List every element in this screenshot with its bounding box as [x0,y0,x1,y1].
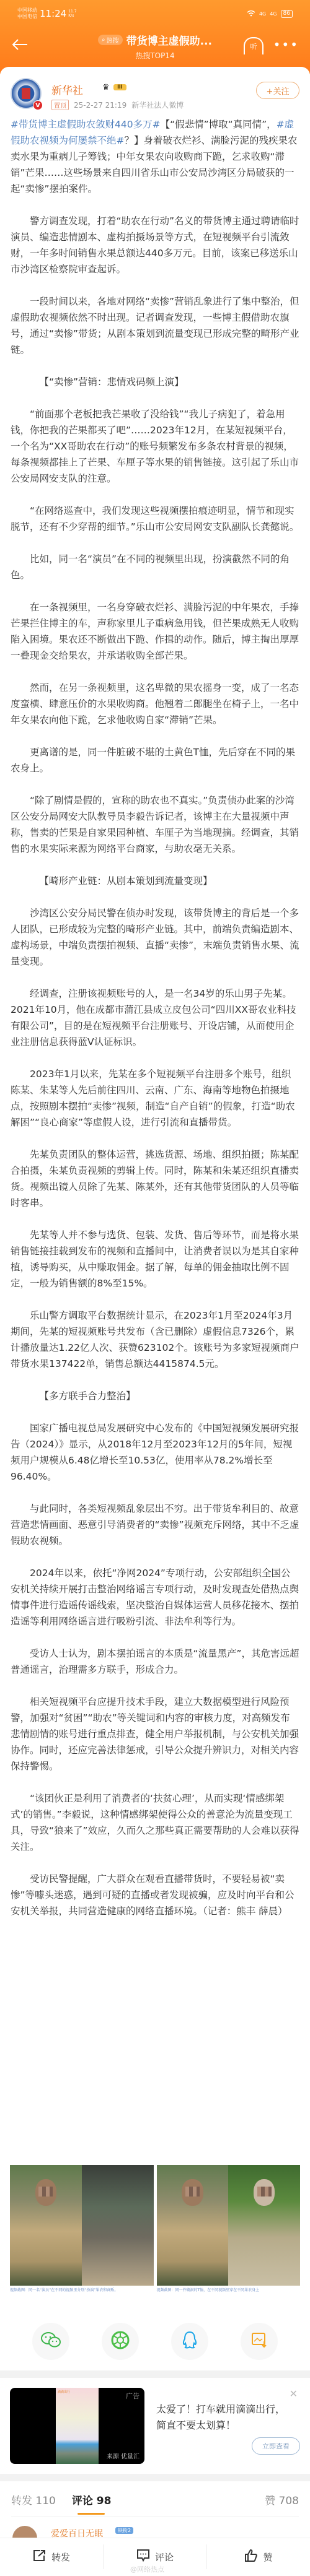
post-images: 视频截图：同一名“演员”在不同的视频里分别“扮演”果农和商贩。 视频截图：同一件… [10,2165,300,2307]
signal-icon-2: 4G [270,11,277,17]
paragraph: 比如，同一名“演员”在不同的视频里出现，扮演截然不同的角色。 [11,551,299,583]
paragraph: 受访人士认为，剧本摆拍谣言的本质是“流量黑产”，其危害远超普通谣言，治理需多方联… [11,1646,299,1678]
ad-headline[interactable]: 太爱了！打车就用滴滴出行，简直不要太划算！ [156,2401,293,2434]
paragraph: 在一条视频里，一名身穿破衣烂衫、满脸污泥的中年果农，手捧芒果拦住博主的车，声称家… [11,599,299,664]
comment-label: 评论 [155,2551,174,2564]
photo-farmer [10,2165,82,2286]
author-name[interactable]: 新华社 [51,82,83,97]
page-title: 带货博主虚假助... [126,32,212,48]
search-icon: ⌕ [102,37,105,43]
paragraph: 沙湾区公安分局民警在侦办时发现，该带货博主的背后是一个多人团队，已形成较为完整的… [11,905,299,969]
image-1[interactable]: 视频截图：同一名“演员”在不同的视频里分别“扮演”果农和商贩。 [10,2165,154,2307]
paragraph: “除了剧情是假的，宣称的助农也不真实。”负责侦办此案的沙湾区公安分局网安大队教导… [11,792,299,857]
repost-label: 转发 [51,2551,70,2564]
paragraph: 先某负责团队的整体运营，挑选货源、场地、组织拍摄；陈某配合拍摄，朱某负责视频的剪… [11,1147,299,1211]
verified-badge-icon: V [33,100,43,110]
tab-count: 98 [97,2495,112,2507]
share-qq-button[interactable] [171,2323,208,2360]
qq-penguin-icon [182,2331,198,2352]
hashtag-link[interactable]: #带货博主虚假助农敛财440多万# [11,119,161,130]
paragraph: 一段时间以来，各地对网络“卖惨”营销乱象进行了集中整治，但虚假助农视频依然不时出… [11,293,299,358]
net-speed-value: 11.7 [68,9,76,14]
ad-card[interactable]: 滴滴出行 广告 来源 优量汇 太爱了！打车就用滴滴出行，简直不要太划算！ ✕ 立… [10,2388,300,2465]
photo-farmer [157,2165,229,2286]
intro-paragraph: #带货博主虚假助农敛财440多万#【“假悲情”博取“真同情”，#虚假助农视频为何… [11,116,299,197]
paragraph: “前面那个老板把我芒果收了没给钱”“我儿子病犯了，着急用钱，你把我的芒果都买了吧… [11,406,299,487]
hot-search-pill[interactable]: ⌕ 热搜 [98,35,123,45]
paragraph: 与此同时，各类短视频乱象层出不穷。出于带货牟利目的、故意营造悲情画面、恶意引导消… [11,1501,299,1549]
tab-label: 转发 [11,2495,32,2507]
ad-label: 广告 [126,2391,139,2401]
hot-search-label: 热搜 [107,35,119,45]
paragraph: 警方调查发现，打着“助农在行动”名义的带货博主通过聘请临时演员、编造悲情剧本、虚… [11,213,299,277]
like-button[interactable]: 赞 [207,2544,310,2569]
repost-icon [33,2549,46,2564]
back-arrow-icon[interactable] [11,38,30,53]
section-heading: 【畸形产业链：从剧本策划到流量变现】 [11,873,299,889]
avatar-logo [22,88,30,99]
comment-icon [136,2549,150,2565]
paragraph: 然而，在另一条视频里，这名卑微的果农摇身一变，成了一名态度蛮横、肆意压价的水果收… [11,680,299,728]
paragraph: 2024年以来，依托“净网2024”专项行动，公安部组织全国公安机关持续开展打击… [11,1565,299,1629]
listen-headphone-icon[interactable]: 听 [244,37,263,54]
paragraph: 乐山警方调取平台数据统计显示，在2023年1月至2024年3月期间，先某的短视频… [11,1308,299,1372]
paragraph: 2023年1月以来，先某在多个短视频平台注册多个账号，组织陈某、朱某等人先后前往… [11,1066,299,1130]
tab-label: 评论 [72,2495,93,2507]
nav-bar: ⌕ 热搜 带货博主虚假助... 热搜TOP14 听 ••• [0,30,310,64]
status-bar: 中国移动 中国电信 11:24 11.7 K/s 4G 4G 86 [17,6,293,21]
paragraph: 先某等人并不参与选货、包装、发货、售后等环节，而是将水果销售链接挂载到发布的视频… [11,1227,299,1291]
engagement-tabs: 转发 110 评论 98 赞 708 [11,2483,299,2517]
ad-media[interactable]: 滴滴出行 广告 来源 优量汇 [10,2388,144,2464]
save-image-button[interactable] [241,2323,278,2360]
page-subtitle: 热搜TOP14 [81,50,229,61]
post-content: #带货博主虚假助农敛财440多万#【“假悲情”博取“真同情”，#虚假助农视频为何… [11,116,299,1935]
battery-icon: 86 [281,10,293,18]
share-row [32,2323,278,2360]
tab-reposts[interactable]: 转发 110 [11,2492,56,2507]
net-speed-unit: K/s [68,14,76,18]
more-options-icon[interactable]: ••• [273,37,299,52]
close-icon[interactable]: ✕ [290,2388,298,2400]
signal-icon-1: 4G [259,11,266,17]
ad-source: 来源 优量汇 [107,2451,139,2460]
section-divider [0,2474,310,2481]
paragraph: 相关短视频平台应提升技术手段，建立大数据模型进行风险预警，加强对“贫困”“助农”… [11,1694,299,1774]
ad-cta-button[interactable]: 立即查看 [252,2437,300,2455]
watermark: @网络热点 [130,2564,164,2574]
wechat-icon [40,2331,61,2351]
ad-brand: 滴滴出行 [58,2390,70,2394]
member-level-badge: Ⅲ [113,84,126,90]
paragraph: 经调查，注册该视频账号的人，是一名34岁的乐山男子先某。2021年10月，他在成… [11,986,299,1050]
section-heading: 【“卖惨”营销：悲情戏码频上演】 [11,374,299,390]
tab-count: 110 [35,2495,55,2507]
title-block: ⌕ 热搜 带货博主虚假助... 热搜TOP14 [81,32,229,61]
repost-button[interactable]: 转发 [0,2544,104,2569]
post-meta: 置顶 25-2-27 21:19 新华社法人微博 [51,100,184,110]
photo-buyer-scene [82,2165,154,2286]
clock: 11:24 [40,8,66,19]
paragraph: “该团伙正是利用了消费者的‘扶贫心理’，从而实现‘情感绑架式’的销售。”李毅说，… [11,1790,299,1855]
paragraph: 国家广播电视总局发展研究中心发布的《中国短视频发展研究报告（2024）》显示，从… [11,1420,299,1485]
paragraph: “在网络巡查中，我们发现这些视频摆拍痕迹明显，情节和现实脱节，还有不少穿帮的细节… [11,503,299,535]
listen-label: 听 [250,41,257,51]
wifi-icon [247,10,255,18]
moments-aperture-icon [111,2331,130,2352]
like-label: 赞 [263,2551,272,2564]
pinned-badge: 置顶 [51,100,69,110]
net-speed: 11.7 K/s [68,9,76,18]
tab-comments[interactable]: 评论 98 [72,2492,112,2507]
fan-badge: 铁粉2 [115,2527,133,2534]
image-2[interactable]: 视频截图：同一件破洞的T恤，在不同视频里穿在不同果农身上 [157,2165,301,2307]
paragraph: 受访民警提醒，广大群众在观看直播带货时，不要轻易被“卖惨”等噱头迷惑，遇到可疑的… [11,1871,299,1919]
section-heading: 【多方联手合力整治】 [11,1388,299,1404]
share-moments-button[interactable] [102,2323,139,2360]
top-header: 中国移动 中国电信 11:24 11.7 K/s 4G 4G 86 ⌕ 热搜 [0,0,310,74]
image-caption: 视频截图：同一名“演员”在不同的视频里分别“扮演”果农和商贩。 [10,2288,154,2293]
carrier-1: 中国移动 [17,7,37,14]
author-row: V 新华社 ♛ Ⅲ 置顶 25-2-27 21:19 新华社法人微博 +关注 [11,78,299,115]
save-image-icon [251,2332,267,2351]
timestamp: 25-2-27 21:19 [74,101,126,110]
post-source: 新华社法人微博 [131,100,184,110]
intro-text-1: 【“假悲情”博取“真同情”， [161,119,277,130]
share-wechat-button[interactable] [32,2323,69,2360]
follow-button[interactable]: +关注 [256,82,299,99]
status-icons: 4G 4G 86 [247,10,293,18]
image-caption: 视频截图：同一件破洞的T恤，在不同视频里穿在不同果农身上 [157,2288,301,2293]
thumbs-up-icon [244,2549,258,2565]
carrier-labels: 中国移动 中国电信 [17,7,37,20]
tab-label: 赞 [265,2495,275,2507]
crown-icon: ♛ [102,83,110,92]
paragraph: 更离谱的是，同一件脏破不堪的土黄色T恤，先后穿在不同的果农身上。 [11,744,299,776]
carrier-2: 中国电信 [17,14,37,20]
tab-count: 708 [279,2495,299,2507]
section-divider [0,2370,310,2378]
photo-other-farmer [228,2165,300,2286]
tab-likes[interactable]: 赞 708 [265,2492,299,2507]
ad-phone-screenshot: 滴滴出行 [56,2388,99,2464]
